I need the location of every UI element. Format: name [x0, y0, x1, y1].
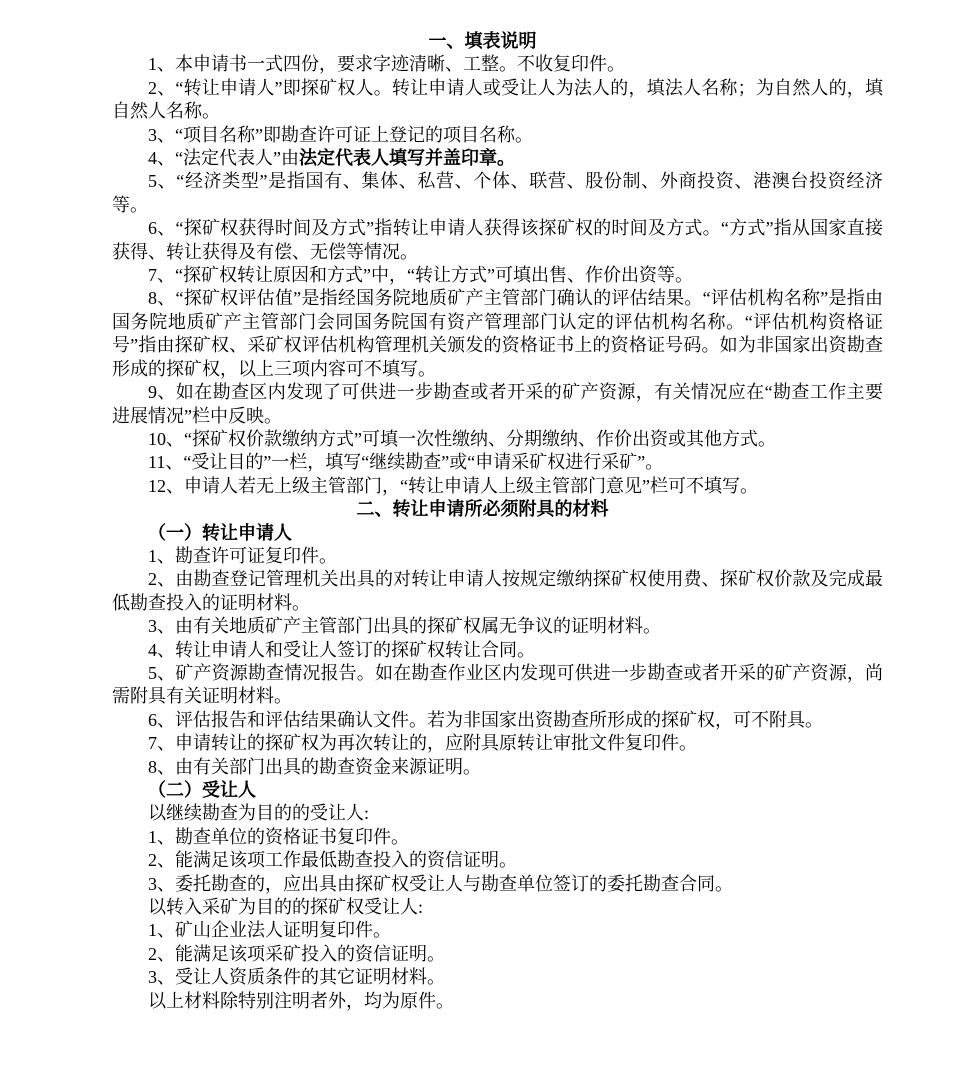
section2-sub1-item-3: 3、由有关地质矿产主管部门出具的探矿权属无争议的证明材料。: [112, 615, 883, 638]
section2-sub2-intro-survey: 以继续勘查为目的的受让人:: [112, 802, 883, 825]
section1-item-10: 10、“探矿权价款缴纳方式”可填一次性缴纳、分期缴纳、作价出资或其他方式。: [112, 428, 883, 451]
section2-sub1-item-5: 5、矿产资源勘查情况报告。如在勘查作业区内发现可供进一步勘查或者开采的矿产资源，…: [112, 662, 883, 709]
section2-sub2-mining-item-3: 3、受让人资质条件的其它证明材料。: [112, 966, 883, 989]
section1-item-4-normal-text: 4、“法定代表人”由: [148, 148, 299, 168]
section1-item-1: 1、本申请书一式四份，要求字迹清晰、工整。不收复印件。: [112, 53, 883, 76]
section1-title: 一、填表说明: [112, 30, 853, 53]
section2-sub2-mining-item-2: 2、能满足该项采矿投入的资信证明。: [112, 943, 883, 966]
section2-sub2-survey-item-1: 1、勘查单位的资格证书复印件。: [112, 826, 883, 849]
section1-item-4-bold-text: 法定代表人填写并盖印章。: [299, 148, 515, 168]
section1-item-12: 12、申请人若无上级主管部门，“转让申请人上级主管部门意见”栏可不填写。: [112, 475, 883, 498]
section2-sub1-item-6: 6、评估报告和评估结果确认文件。若为非国家出资勘查所形成的探矿权，可不附具。: [112, 709, 883, 732]
section1-item-8: 8、“探矿权评估值”是指经国务院地质矿产主管部门确认的评估结果。“评估机构名称”…: [112, 287, 883, 381]
document-page: 一、填表说明 1、本申请书一式四份，要求字迹清晰、工整。不收复印件。 2、“转让…: [0, 0, 955, 1085]
section1-item-11: 11、“受让目的”一栏，填写“继续勘查”或“申请采矿权进行采矿”。: [112, 451, 883, 474]
section1-item-3: 3、“项目名称”即勘查许可证上登记的项目名称。: [112, 124, 883, 147]
section1-item-6: 6、“探矿权获得时间及方式”指转让申请人获得该探矿权的时间及方式。“方式”指从国…: [112, 217, 883, 264]
section1-item-5: 5、“经济类型”是指国有、集体、私营、个体、联营、股份制、外商投资、港澳台投资经…: [112, 170, 883, 217]
section1-item-7: 7、“探矿权转让原因和方式”中，“转让方式”可填出售、作价出资等。: [112, 264, 883, 287]
section2-sub2-heading: （二）受让人: [112, 779, 883, 802]
section1-item-9: 9、如在勘查区内发现了可供进一步勘查或者开采的矿产资源，有关情况应在“勘查工作主…: [112, 381, 883, 428]
section2-sub2-intro-mining: 以转入采矿为目的的探矿权受让人:: [112, 896, 883, 919]
section1-item-2: 2、“转让申请人”即探矿权人。转让申请人或受让人为法人的，填法人名称；为自然人的…: [112, 77, 883, 124]
section2-sub1-heading: （一）转让申请人: [112, 522, 883, 545]
section2-title: 二、转让申请所必须附具的材料: [112, 498, 853, 521]
section2-sub1-item-2: 2、由勘查登记管理机关出具的对转让申请人按规定缴纳探矿权使用费、探矿权价款及完成…: [112, 568, 883, 615]
section2-sub2-mining-item-1: 1、矿山企业法人证明复印件。: [112, 919, 883, 942]
section2-sub2-survey-item-3: 3、委托勘查的，应出具由探矿权受让人与勘查单位签订的委托勘查合同。: [112, 873, 883, 896]
section2-sub1-item-7: 7、申请转让的探矿权为再次转让的，应附具原转让审批文件复印件。: [112, 732, 883, 755]
section2-sub2-survey-item-2: 2、能满足该项工作最低勘查投入的资信证明。: [112, 849, 883, 872]
section2-sub2-closing-note: 以上材料除特别注明者外，均为原件。: [112, 990, 883, 1013]
section2-sub1-item-8: 8、由有关部门出具的勘查资金来源证明。: [112, 756, 883, 779]
section1-item-4: 4、“法定代表人”由法定代表人填写并盖印章。: [112, 147, 883, 170]
section2-sub1-item-1: 1、勘查许可证复印件。: [112, 545, 883, 568]
section2-sub1-item-4: 4、转让申请人和受让人签订的探矿权转让合同。: [112, 639, 883, 662]
